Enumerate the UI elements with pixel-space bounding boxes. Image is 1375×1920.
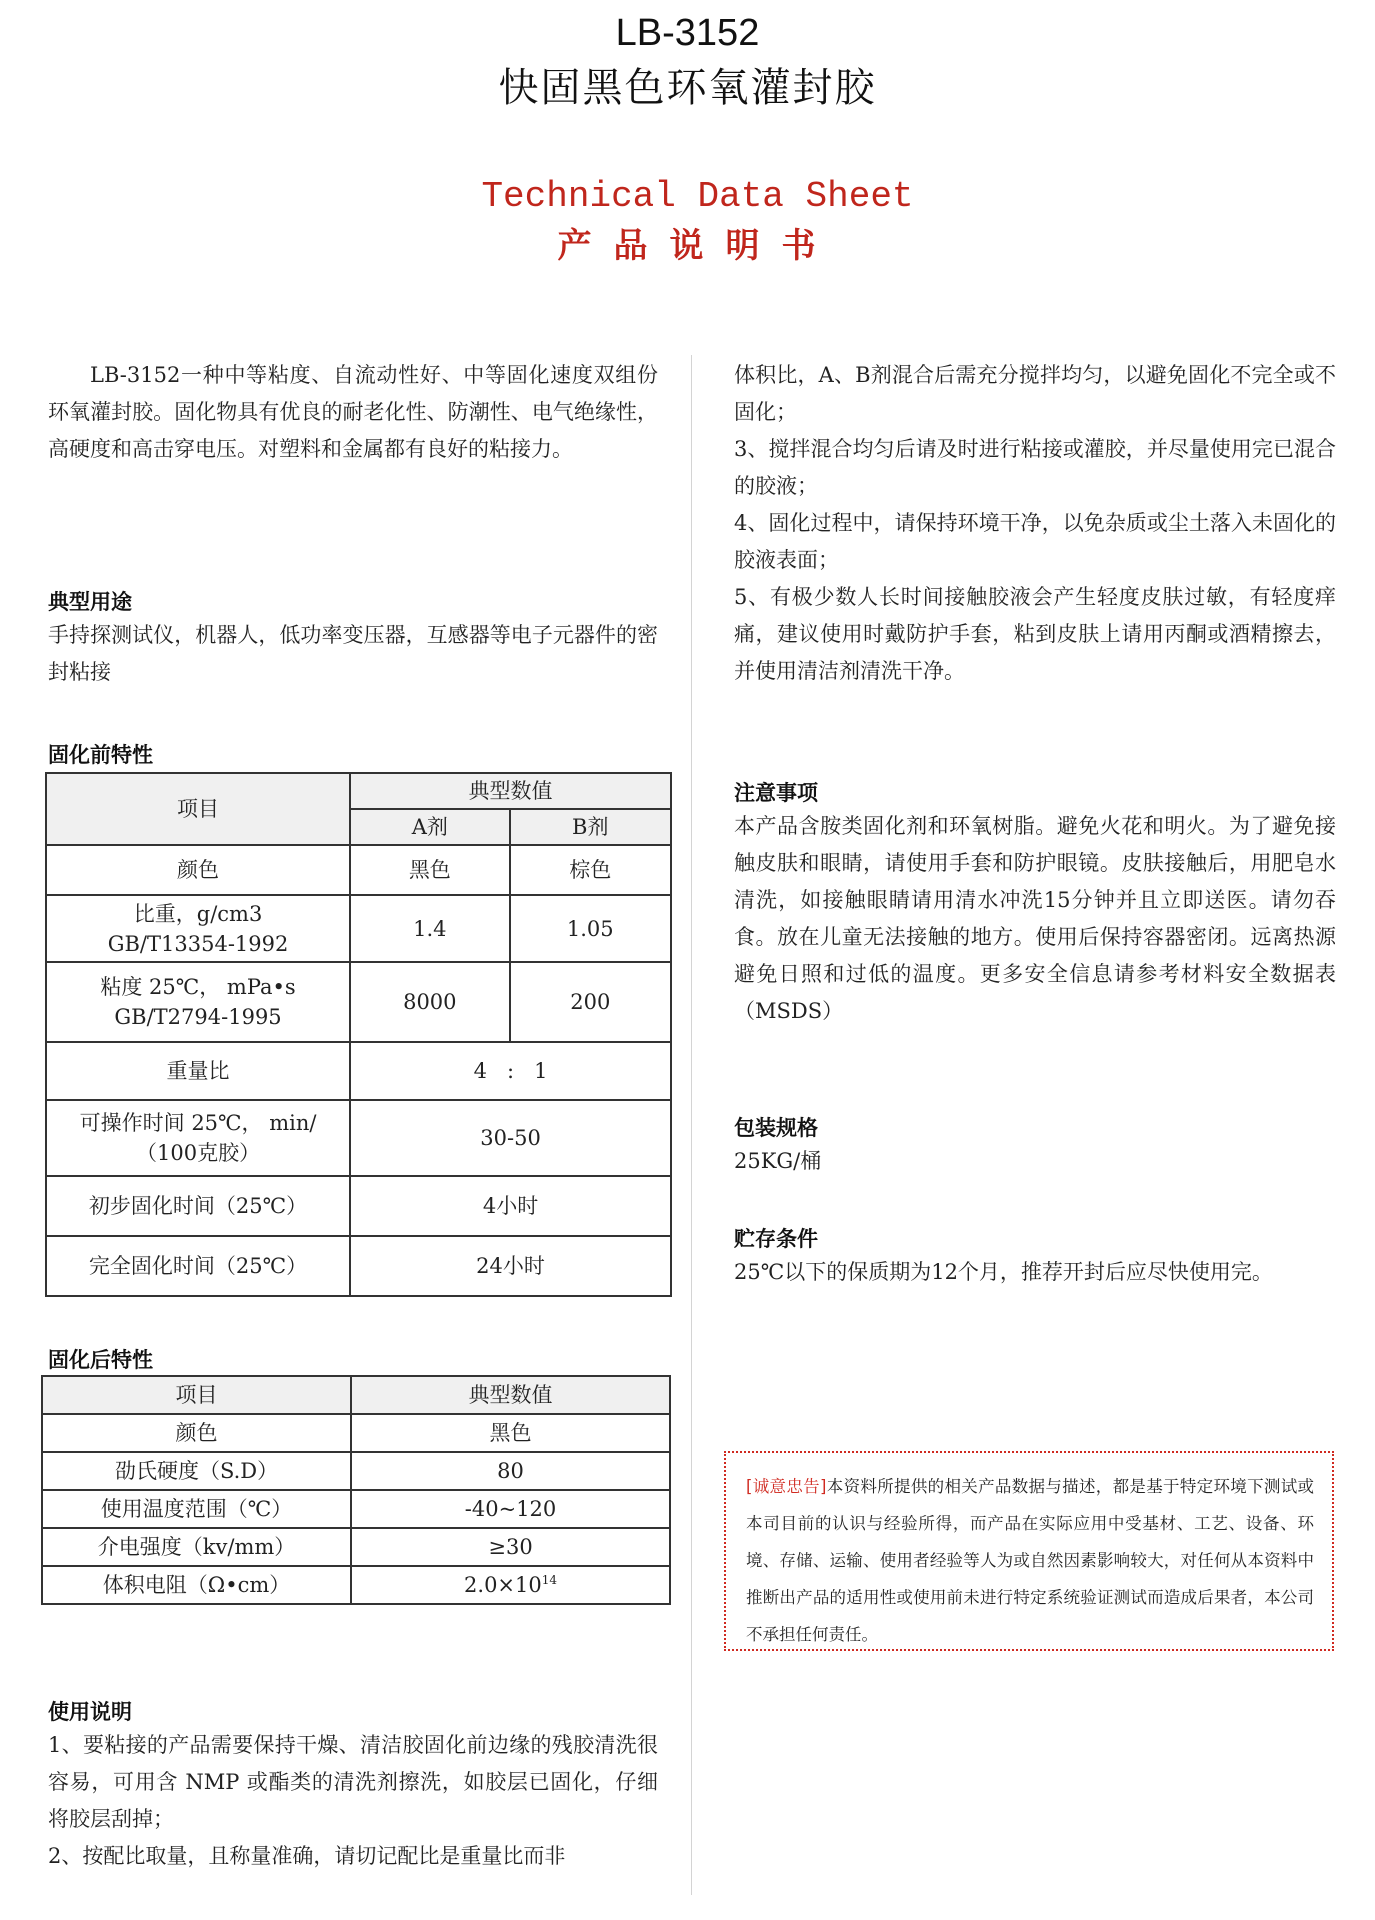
usage-step: 体积比，A、B剂混合后需充分搅拌均匀，以避免固化不完全或不固化； <box>734 357 1336 431</box>
doc-type-cn: 产品说明书 <box>0 224 1375 268</box>
cell-item-line1: 可操作时间 25℃， min/ <box>53 1108 343 1138</box>
cell-value: 30-50 <box>350 1100 671 1176</box>
cell-item: 体积电阻（Ω•cm） <box>42 1566 351 1604</box>
cell-value: 24小时 <box>350 1236 671 1296</box>
pre-cure-header-item: 项目 <box>46 773 350 845</box>
post-cure-heading: 固化后特性 <box>48 1345 153 1375</box>
cell-value: -40~120 <box>351 1490 670 1528</box>
cell-item: 可操作时间 25℃， min/ （100克胶） <box>46 1100 350 1176</box>
table-row: 劭氏硬度（S.D） 80 <box>42 1452 670 1490</box>
cell-item: 颜色 <box>42 1414 351 1452</box>
table-row: 比重，g/cm3 GB/T13354-1992 1.4 1.05 <box>46 895 671 962</box>
cell-value: 2.0×1014 <box>351 1566 670 1604</box>
usage-steps-right: 体积比，A、B剂混合后需充分搅拌均匀，以避免固化不完全或不固化； 3、搅拌混合均… <box>734 357 1336 690</box>
cell-item: 使用温度范围（℃） <box>42 1490 351 1528</box>
product-name: 快固黑色环氧灌封胶 <box>0 62 1375 114</box>
cell-item-line1: 比重，g/cm3 <box>53 899 343 929</box>
cell-b: 200 <box>510 962 671 1042</box>
table-row: 使用温度范围（℃） -40~120 <box>42 1490 670 1528</box>
disclaimer-box: [诚意忠告]本资料所提供的相关产品数据与描述，都是基于特定环境下测试或本司目前的… <box>724 1451 1334 1651</box>
disclaimer-tag: [诚意忠告] <box>746 1477 826 1496</box>
precautions-text: 本产品含胺类固化剂和环氧树脂。避免火花和明火。为了避免接触皮肤和眼睛，请使用手套… <box>734 808 1336 1030</box>
usage-step: 4、固化过程中，请保持环境干净，以免杂质或尘土落入未固化的胶液表面； <box>734 505 1336 579</box>
cell-value: 4 : 1 <box>350 1042 671 1100</box>
disclaimer-text: [诚意忠告]本资料所提供的相关产品数据与描述，都是基于特定环境下测试或本司目前的… <box>746 1468 1314 1653</box>
table-row: 体积电阻（Ω•cm） 2.0×1014 <box>42 1566 670 1604</box>
cell-item: 劭氏硬度（S.D） <box>42 1452 351 1490</box>
post-cure-header-item: 项目 <box>42 1376 351 1414</box>
table-row: 粘度 25℃， mPa•s GB/T2794-1995 8000 200 <box>46 962 671 1042</box>
pre-cure-table: 项目 典型数值 A剂 B剂 颜色 黑色 棕色 比重，g/cm3 GB/T1335… <box>45 772 672 1297</box>
table-row: 完全固化时间（25℃） 24小时 <box>46 1236 671 1296</box>
table-row: 重量比 4 : 1 <box>46 1042 671 1100</box>
value-exponent: 14 <box>542 1573 557 1587</box>
pre-cure-heading: 固化前特性 <box>48 740 153 770</box>
post-cure-table: 项目 典型数值 颜色 黑色 劭氏硬度（S.D） 80 使用温度范围（℃） -40… <box>41 1375 671 1605</box>
packaging-heading: 包装规格 <box>734 1113 818 1143</box>
value-base: 2.0×10 <box>464 1573 542 1597</box>
table-row: 可操作时间 25℃， min/ （100克胶） 30-50 <box>46 1100 671 1176</box>
cell-value: 80 <box>351 1452 670 1490</box>
storage-text: 25℃以下的保质期为12个月，推荐开封后应尽快使用完。 <box>734 1254 1336 1291</box>
cell-a: 1.4 <box>350 895 509 962</box>
cell-item-line1: 粘度 25℃， mPa•s <box>53 972 343 1002</box>
doc-type-en: Technical Data Sheet <box>0 175 1375 219</box>
table-row: 初步固化时间（25℃） 4小时 <box>46 1176 671 1236</box>
cell-item: 粘度 25℃， mPa•s GB/T2794-1995 <box>46 962 350 1042</box>
usage-step: 1、要粘接的产品需要保持干燥、清洁胶固化前边缘的残胶清洗很容易，可用含 NMP … <box>48 1727 658 1838</box>
table-row: 颜色 黑色 <box>42 1414 670 1452</box>
cell-item-line2: （100克胶） <box>53 1138 343 1168</box>
cell-a: 8000 <box>350 962 509 1042</box>
typical-use-text: 手持探测试仪，机器人，低功率变压器，互感器等电子元器件的密封粘接 <box>48 617 658 691</box>
post-cure-header-typical: 典型数值 <box>351 1376 670 1414</box>
pre-cure-header-part-a: A剂 <box>350 809 509 845</box>
cell-item: 完全固化时间（25℃） <box>46 1236 350 1296</box>
cell-item: 比重，g/cm3 GB/T13354-1992 <box>46 895 350 962</box>
usage-steps-left: 1、要粘接的产品需要保持干燥、清洁胶固化前边缘的残胶清洗很容易，可用含 NMP … <box>48 1727 658 1875</box>
cell-value: 黑色 <box>351 1414 670 1452</box>
typical-use-heading: 典型用途 <box>48 587 132 617</box>
cell-item: 颜色 <box>46 845 350 895</box>
cell-a: 黑色 <box>350 845 509 895</box>
cell-item: 介电强度（kv/mm） <box>42 1528 351 1566</box>
table-row: 颜色 黑色 棕色 <box>46 845 671 895</box>
table-row: 介电强度（kv/mm） ≥30 <box>42 1528 670 1566</box>
usage-step: 3、搅拌混合均匀后请及时进行粘接或灌胶，并尽量使用完已混合的胶液； <box>734 431 1336 505</box>
precautions-heading: 注意事项 <box>734 778 818 808</box>
cell-item: 重量比 <box>46 1042 350 1100</box>
cell-value: ≥30 <box>351 1528 670 1566</box>
cell-item-line2: GB/T13354-1992 <box>53 929 343 959</box>
packaging-text: 25KG/桶 <box>734 1143 1336 1180</box>
usage-step: 2、按配比取量，且称量准确，请切记配比是重量比而非 <box>48 1838 658 1875</box>
usage-heading: 使用说明 <box>48 1697 132 1727</box>
cell-value: 4小时 <box>350 1176 671 1236</box>
cell-item: 初步固化时间（25℃） <box>46 1176 350 1236</box>
disclaimer-body: 本资料所提供的相关产品数据与描述，都是基于特定环境下测试或本司目前的认识与经验所… <box>746 1477 1314 1644</box>
usage-step: 5、有极少数人长时间接触胶液会产生轻度皮肤过敏，有轻度痒痛，建议使用时戴防护手套… <box>734 579 1336 690</box>
storage-heading: 贮存条件 <box>734 1224 818 1254</box>
cell-b: 棕色 <box>510 845 671 895</box>
cell-item-line2: GB/T2794-1995 <box>53 1002 343 1032</box>
pre-cure-header-part-b: B剂 <box>510 809 671 845</box>
pre-cure-header-typical: 典型数值 <box>350 773 671 809</box>
cell-b: 1.05 <box>510 895 671 962</box>
intro-paragraph: LB-3152一种中等粘度、自流动性好、中等固化速度双组份环氧灌封胶。固化物具有… <box>48 357 658 468</box>
product-model: LB-3152 <box>0 10 1375 56</box>
column-divider <box>691 355 692 1895</box>
